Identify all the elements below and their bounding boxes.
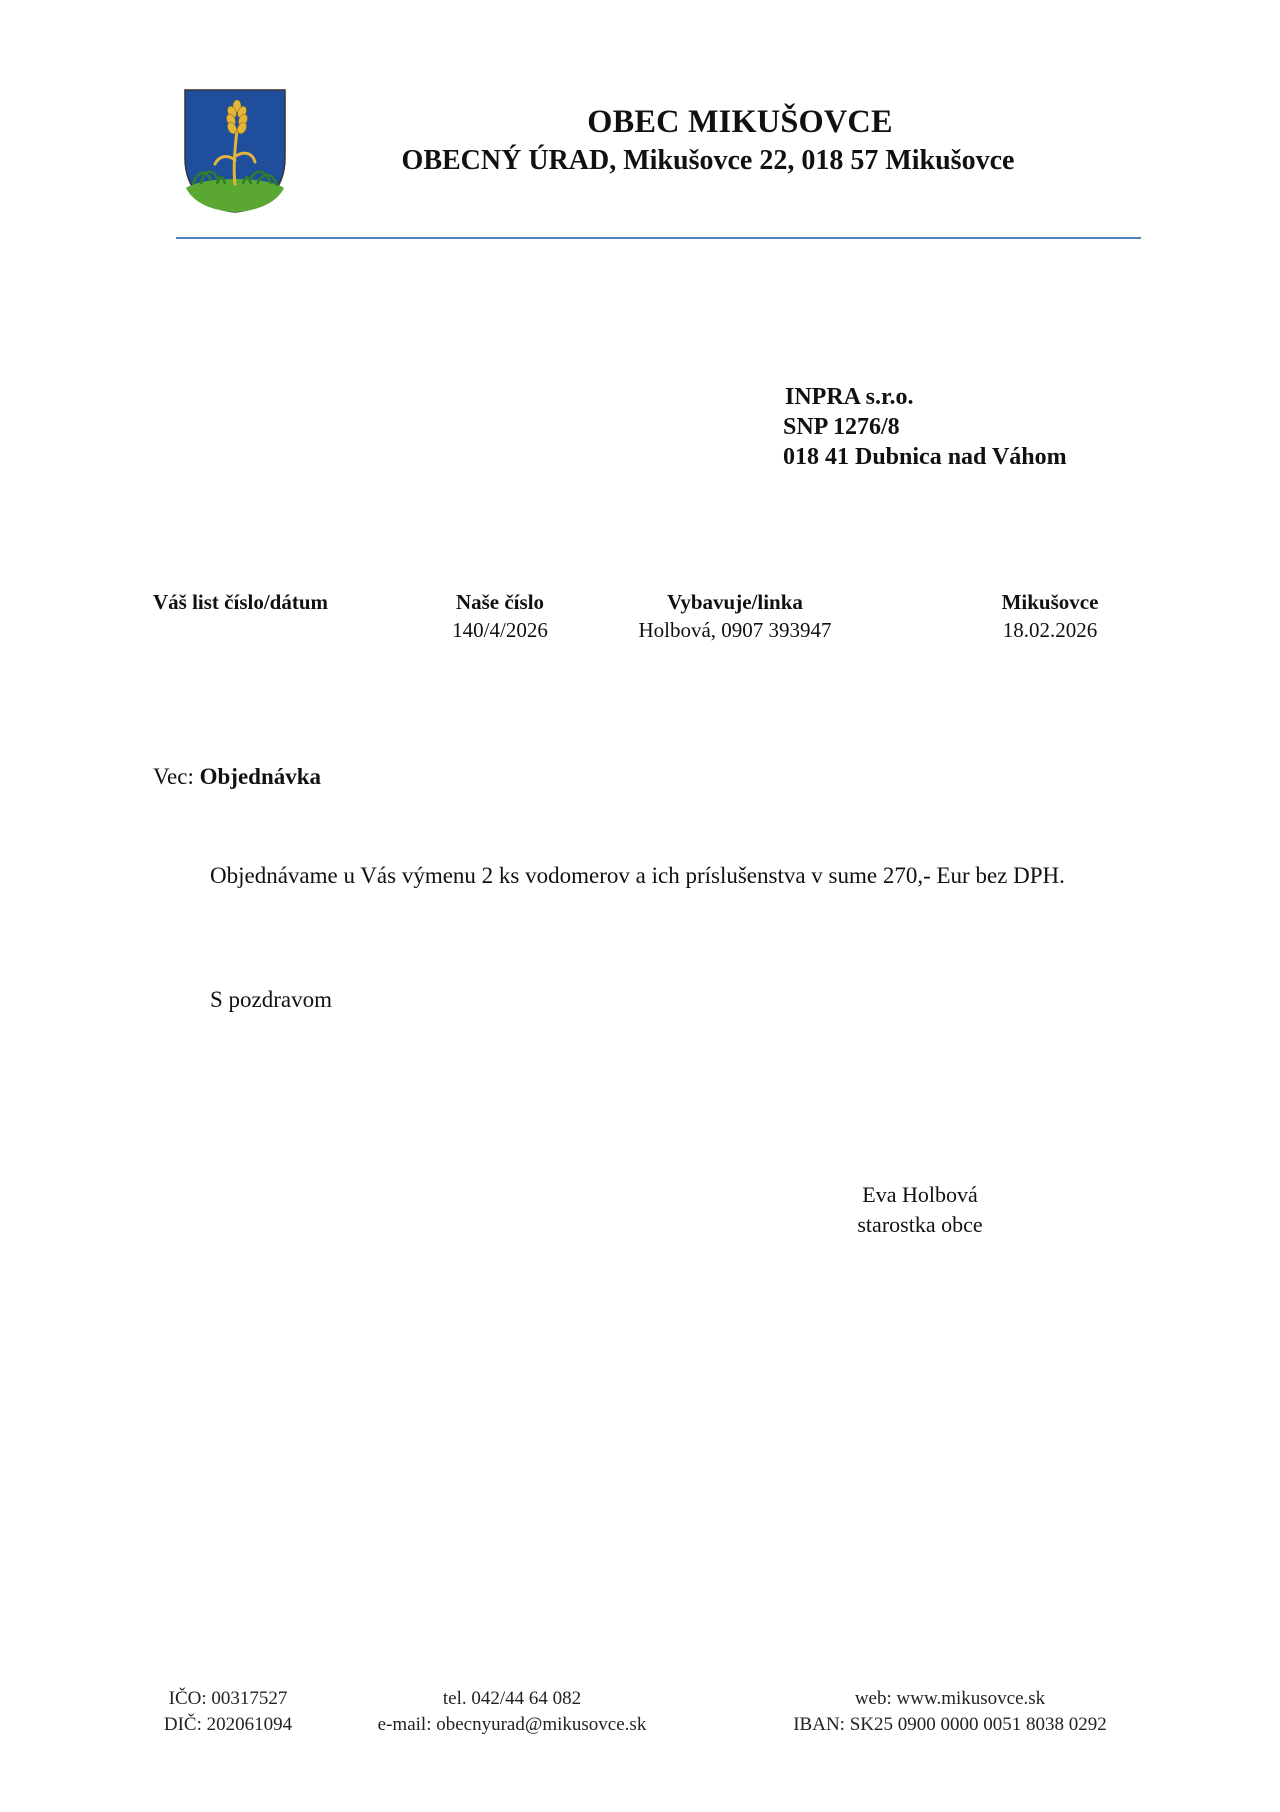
footer-ico: IČO: 00317527 [148,1686,308,1712]
recipient-street: SNP 1276/8 [783,412,1067,442]
footer-contact: tel. 042/44 64 082 e-mail: obecnyurad@mi… [352,1686,672,1738]
ref-label-your-letter: Váš list číslo/dátum [153,590,328,615]
footer-dic: DIČ: 202061094 [148,1712,308,1738]
ref-value-our-number: 140/4/2026 [430,618,570,643]
subject-text: Objednávka [200,764,321,789]
signatory-title: starostka obce [830,1210,1010,1240]
ref-label-handled-by: Vybavuje/linka [610,590,860,615]
footer-email: e-mail: obecnyurad@mikusovce.sk [352,1712,672,1738]
office-address: OBECNÝ ÚRAD, Mikušovce 22, 018 57 Mikušo… [0,145,1280,177]
subject-prefix: Vec: [153,764,194,789]
signatory-name: Eva Holbová [830,1180,1010,1210]
footer-iban: IBAN: SK25 0900 0000 0051 8038 0292 [760,1712,1140,1738]
letter-body: Objednávame u Vás výmenu 2 ks vodomerov … [153,853,1113,898]
recipient-address: INPRA s.r.o. SNP 1276/8 018 41 Dubnica n… [785,382,1067,472]
ref-value-date: 18.02.2026 [970,618,1130,643]
ref-label-our-number: Naše číslo [430,590,570,615]
header-divider [176,237,1141,239]
letter-subject: Vec: Objednávka [153,764,321,790]
footer-ids: IČO: 00317527 DIČ: 202061094 [148,1686,308,1738]
ref-label-place: Mikušovce [970,590,1130,615]
municipality-title: OBEC MIKUŠOVCE [15,104,1280,141]
ref-value-handled-by: Holbová, 0907 393947 [610,618,860,643]
footer-web: web: www.mikusovce.sk [760,1686,1140,1712]
recipient-city: 018 41 Dubnica nad Váhom [783,442,1067,472]
letter-greeting: S pozdravom [210,987,332,1013]
recipient-company: INPRA s.r.o. [785,382,1067,412]
footer-web-bank: web: www.mikusovce.sk IBAN: SK25 0900 00… [760,1686,1140,1738]
signature-block: Eva Holbová starostka obce [830,1180,1010,1240]
footer-tel: tel. 042/44 64 082 [352,1686,672,1712]
